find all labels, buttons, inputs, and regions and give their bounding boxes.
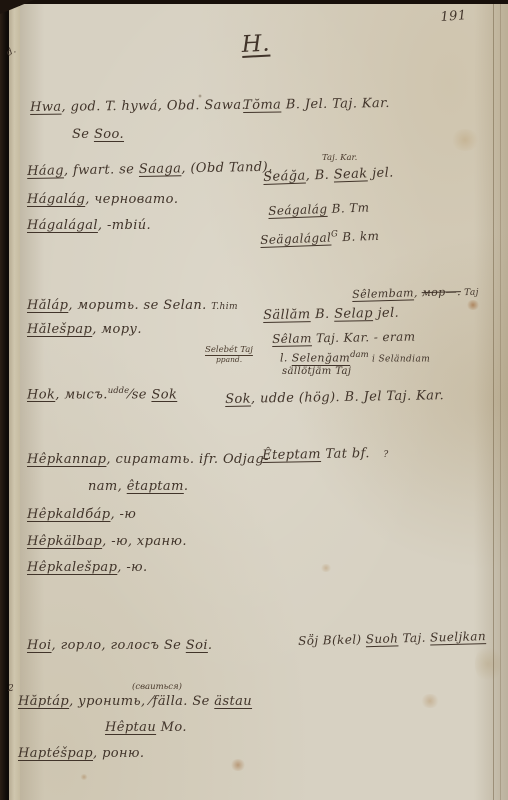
entry-hoi: Hоi, горло, голосъ Se Soi. — [27, 638, 212, 653]
entry-seaga-superscript: Taj. Kar. — [322, 153, 357, 163]
book-scan: 191 H. Hwa, god. T. hywá, Obd. Sawa. Tŏm… — [0, 0, 508, 800]
entry-hepkannap-cont-pre: nam, — [88, 479, 127, 494]
entry-haptespap-gloss: , роню. — [93, 746, 144, 761]
entry-haag: Háag, fwart. se Saaga, (Obd Tand), — [27, 160, 273, 179]
stain — [80, 774, 88, 780]
entry-hepkannap-cont-word: êtaptam — [127, 479, 184, 494]
entry-seagalag-tail: B. Tm — [327, 200, 370, 215]
entry-selembam-struck: мор—. — [422, 285, 462, 299]
entry-haag-gloss: , fwart. se — [64, 162, 139, 178]
entry-selembam: Sêlembam, мор—. Taj — [352, 285, 479, 301]
entry-selengam-pre: l. — [280, 352, 292, 365]
entry-hepkannap-cont-tail: . — [184, 479, 189, 494]
entry-hepkaldap-headword: Hêpkaldбáp — [27, 507, 110, 522]
entry-seagalagal-headword: Seägalágal — [260, 231, 331, 247]
entry-seagalag: Seágalág B. Tm — [268, 200, 370, 218]
entry-heptau-tail: Mo. — [156, 720, 187, 735]
stain — [450, 129, 480, 151]
page-edge-line — [493, 0, 494, 800]
entry-hepkannap: Hêpkannap, сиратать. ifr. Odjag- — [27, 452, 269, 467]
entry-hok-ref: Sok — [151, 387, 177, 402]
entry-selam-headword: Sêlam — [272, 331, 312, 346]
entry-hwa-headword: Hwa — [30, 100, 62, 115]
entry-haptap-mid2: ⁄fälla. Se — [150, 694, 214, 709]
entry-selengam-tail: i Seländiam — [369, 355, 430, 365]
page-number: 191 — [440, 8, 467, 25]
entry-eteptam-mark: ? — [383, 450, 388, 460]
entry-haptap-headword: Hăptáp — [18, 694, 69, 709]
entry-selengam-word: Selenğam — [292, 352, 350, 365]
entry-haptap-superscript: (сваиться) — [132, 682, 182, 692]
book-cover-corner — [0, 0, 34, 14]
entry-soj-pre: Sṏj B(kel) — [298, 632, 366, 648]
stain — [230, 759, 246, 771]
entry-hok-superscript: udde — [108, 386, 129, 396]
entry-hepkalbap: Hêpkälbap, -ю, храню. — [27, 534, 187, 549]
entry-heptau-headword: Hêptau — [105, 720, 156, 735]
entry-hok: Hok, мысъ.udde⁄se Sok — [27, 386, 177, 402]
entry-haptespap: Haptéšpap, роню. — [18, 746, 144, 761]
entry-selam: Sêlam Taj. Kar. - eram — [272, 329, 416, 345]
entry-hoi-gloss: , горло, голосъ Se — [52, 638, 186, 653]
entry-toma-gloss: B. Jel. Taj. Kar. — [281, 96, 390, 113]
entry-hoi-tail: . — [208, 638, 213, 653]
entry-haptap: Hăptáp, уронить, ⁄fälla. Se ästau — [18, 694, 252, 709]
entry-soj-word: Suoh — [366, 631, 399, 646]
entry-sallam: Sällăm B. Selap jel. — [263, 306, 399, 323]
stain — [475, 644, 501, 684]
entry-hagalagal: Hágalágal, -mbiú. — [27, 218, 151, 233]
entry-halespap-gloss: , мору. — [92, 322, 142, 337]
entry-haptap-gloss: , уронить, — [69, 694, 150, 709]
entry-halespap-headword: Hălešpap — [27, 322, 92, 337]
stain — [466, 300, 480, 310]
note-selebet-line1: Selebét Taj — [205, 345, 253, 355]
manuscript-page: 191 H. Hwa, god. T. hywá, Obd. Sawa. Tŏm… — [20, 4, 508, 800]
entry-hagalag: Hágalág, черновато. — [27, 192, 178, 207]
entry-hepkaldap-gloss: , -ю — [110, 507, 136, 522]
entry-hok-mid2: ⁄se — [129, 387, 151, 402]
crossref-word: Soo. — [94, 127, 124, 142]
crossref-pre: Se — [72, 127, 94, 142]
entry-halap: Hăláp, морить. se Selan. T.him — [27, 298, 238, 313]
entry-hoi-headword: Hоi — [27, 638, 52, 653]
entry-hepkannap-headword: Hêpkannap — [27, 452, 106, 467]
entry-soj: Sṏj B(kel) Suoh Taj. Sueljkan — [298, 629, 486, 648]
stain — [320, 564, 332, 572]
scan-top-shadow — [0, 0, 508, 4]
entry-hagalagal-gloss: , -mbiú. — [98, 218, 151, 233]
entry-haptap-ref: ästau — [214, 694, 252, 709]
entry-seaga-ref: Seak — [333, 166, 367, 182]
entry-soj-mid: Taj. — [398, 631, 430, 646]
entry-haag-ref: Saaga — [139, 161, 182, 177]
entry-hepkannap-cont: nam, êtaptam. — [88, 479, 188, 494]
entry-selengam: l. Selenğamdam i Seländiam — [280, 350, 430, 365]
entry-haptespap-headword: Haptéšpap — [18, 746, 93, 761]
entry-hepkannap-gloss: , сиратать. ifr. Odjag- — [106, 452, 268, 467]
entry-halap-note: T.him — [211, 302, 238, 312]
entry-toma: Tŏma B. Jel. Taj. Kar. — [243, 96, 390, 113]
entry-sallam-ref: Selap — [334, 306, 373, 322]
entry-seagalag-headword: Seágalág — [268, 202, 328, 218]
entry-halespap: Hălešpap, мору. — [27, 322, 142, 337]
entry-seagalagal-tail: B. km — [338, 229, 380, 244]
entry-sallotjam: sällötjäm Taj — [282, 366, 351, 377]
entry-seaga-tail: jel. — [367, 165, 394, 181]
entry-hagalag-headword: Hágalág — [27, 192, 85, 207]
entry-soj-word2: Sueljkan — [430, 629, 486, 644]
entry-hagalag-gloss: , черновато. — [85, 192, 178, 207]
entry-seaga: Seáğa, B. Seak jel. — [263, 165, 394, 185]
entry-sok: Sok, udde (hög). B. Jel Taj. Kar. — [225, 388, 444, 407]
entry-seagalagal: SeägalágalG B. km — [260, 228, 380, 247]
entry-hepkalbap-headword: Hêpkälbap — [27, 534, 102, 549]
entry-haag-headword: Háag — [27, 163, 64, 179]
entry-eteptam: Êteptam Tat bf. ? — [262, 446, 389, 463]
entry-sallam-headword: Sällăm — [263, 307, 311, 323]
entry-hwa-crossref: Se Soo. — [72, 127, 124, 142]
entry-halap-gloss: , морить. se Selan. — [68, 298, 211, 313]
entry-selam-tail: Taj. Kar. - eram — [312, 329, 416, 345]
section-header-letter: H. — [241, 31, 270, 58]
entry-selembam-headword: Sêlembam — [352, 286, 414, 301]
stain — [420, 694, 440, 708]
entry-seaga-mid: , B. — [305, 168, 334, 184]
entry-eteptam-headword: Êteptam — [262, 447, 321, 463]
entry-toma-headword: Tŏma — [243, 97, 281, 113]
entry-halap-headword: Hăláp — [27, 298, 68, 313]
page-edge-line — [500, 0, 501, 800]
entry-hagalagal-headword: Hágalágal — [27, 218, 98, 233]
entry-hepkalespap-headword: Hêpkalešpap — [27, 560, 117, 575]
entry-hepkalespap: Hêpkalešpap, -ю. — [27, 560, 148, 575]
entry-heptau: Hêptau Mo. — [105, 720, 187, 735]
entry-hwa: Hwa, god. T. hywá, Obd. Sawa. — [30, 98, 246, 115]
entry-hepkalespap-gloss: , -ю. — [117, 560, 147, 575]
entry-selembam-tail: Taj — [461, 288, 479, 298]
entry-sallam-tail: jel. — [373, 306, 399, 321]
entry-hwa-gloss: , god. T. hywá, Obd. Sawa. — [61, 98, 246, 115]
entry-hok-gloss: , мысъ. — [55, 387, 108, 402]
note-selebet-line2: ppand. — [216, 355, 242, 364]
margin-mark-entry: 2 — [8, 684, 14, 694]
entry-sok-gloss: , udde (hög). B. Jel Taj. Kar. — [251, 388, 444, 406]
entry-hoi-ref: Soi — [186, 638, 208, 653]
entry-haag-tail: , (Obd Tand), — [181, 160, 273, 177]
entry-sallam-mid: B. — [310, 307, 334, 322]
entry-sok-headword: Sok — [225, 392, 251, 407]
entry-eteptam-tail: Tat bf. — [321, 446, 370, 462]
entry-hepkaldap: Hêpkaldбáp, -ю — [27, 507, 136, 522]
entry-seaga-headword: Seáğa — [263, 169, 306, 185]
entry-selengam-superscript: dam — [350, 350, 369, 360]
entry-hok-headword: Hok — [27, 387, 55, 402]
entry-hepkalbap-gloss: , -ю, храню. — [102, 534, 187, 549]
